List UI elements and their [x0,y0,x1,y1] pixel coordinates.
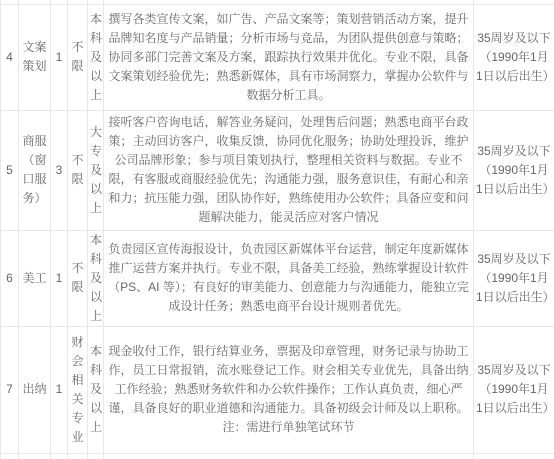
age-requirement-cell: 35周岁及以下（1990年1月1日以后出生） [474,4,554,110]
clipped-cell [88,453,104,459]
clipped-cell [68,453,88,459]
duties-requirements-cell: 接听客户咨询电话，解答业务疑问，处理售后问题；熟悉电商平台政策；主动回访客户，收… [104,110,474,230]
age-requirement-cell: 35周岁及以下（1990年1月1日以后出生） [474,110,554,230]
duties-text: 撰写各类宣传文案，如广告、产品文案等；策划营销活动方案，提升品牌知名度与产品销量… [106,10,471,105]
position-name-cell: 出纳 [19,326,51,453]
serial-number-cell: 6 [1,230,19,326]
serial-number-cell: 4 [1,4,19,110]
clipped-cell [51,453,68,459]
duties-text: 接听客户咨询电话，解答业务疑问，处理售后问题；熟悉电商平台政策；主动回访客户，收… [106,113,471,227]
major-requirement-cell: 不限 [68,110,88,230]
education-requirement-cell: 本科及以上 [88,326,104,453]
headcount-cell: 1 [51,326,68,453]
duties-requirements-cell: 负责园区宣传海报设计，负责园区新媒体平台运营，制定年度新媒体推广运营方案并执行。… [104,230,474,326]
major-requirement-cell: 不限 [68,230,88,326]
education-requirement-cell: 本科及以上 [88,4,104,110]
table-row: 5 商服（窗口服务） 3 不限 大专及以上 接听客户咨询电话，解答业务疑问，处理… [1,110,554,230]
clipped-cell [104,453,474,459]
major-requirement-cell: 财会相关专业 [68,326,88,453]
position-name-cell: 文案策划 [19,4,51,110]
position-name-cell: 美工 [19,230,51,326]
clipped-cell [1,453,19,459]
duties-text: 现金收付工作，银行结算业务，票据及印章管理，财务记录与协助工作，员工日常报销，流… [106,342,471,418]
clipped-cell [19,453,51,459]
serial-number-cell: 7 [1,326,19,453]
position-name-cell: 商服（窗口服务） [19,110,51,230]
duties-note: 注：需进行单独笔试环节 [106,418,471,437]
table-row: 4 文案策划 1 不限 本科及以上 撰写各类宣传文案，如广告、产品文案等；策划营… [1,4,554,110]
education-requirement-cell: 大专及以上 [88,110,104,230]
serial-number-cell: 5 [1,110,19,230]
clipped-cell [474,453,554,459]
duties-requirements-cell: 撰写各类宣传文案，如广告、产品文案等；策划营销活动方案，提升品牌知名度与产品销量… [104,4,474,110]
headcount-cell: 1 [51,230,68,326]
recruitment-table-body: 4 文案策划 1 不限 本科及以上 撰写各类宣传文案，如广告、产品文案等；策划营… [1,0,554,459]
clipped-next-row [1,453,554,459]
recruitment-table: 4 文案策划 1 不限 本科及以上 撰写各类宣传文案，如广告、产品文案等；策划营… [0,0,554,459]
headcount-cell: 3 [51,110,68,230]
table-row: 7 出纳 1 财会相关专业 本科及以上 现金收付工作，银行结算业务，票据及印章管… [1,326,554,453]
major-requirement-cell: 不限 [68,4,88,110]
education-requirement-cell: 本科及以上 [88,230,104,326]
duties-requirements-cell: 现金收付工作，银行结算业务，票据及印章管理，财务记录与协助工作，员工日常报销，流… [104,326,474,453]
table-row: 6 美工 1 不限 本科及以上 负责园区宣传海报设计，负责园区新媒体平台运营，制… [1,230,554,326]
headcount-cell: 1 [51,4,68,110]
age-requirement-cell: 35周岁及以下（1990年1月1日以后出生） [474,230,554,326]
duties-text: 负责园区宣传海报设计，负责园区新媒体平台运营，制定年度新媒体推广运营方案并执行。… [106,240,471,316]
age-requirement-cell: 35周岁及以下（1990年1月1日以后出生） [474,326,554,453]
